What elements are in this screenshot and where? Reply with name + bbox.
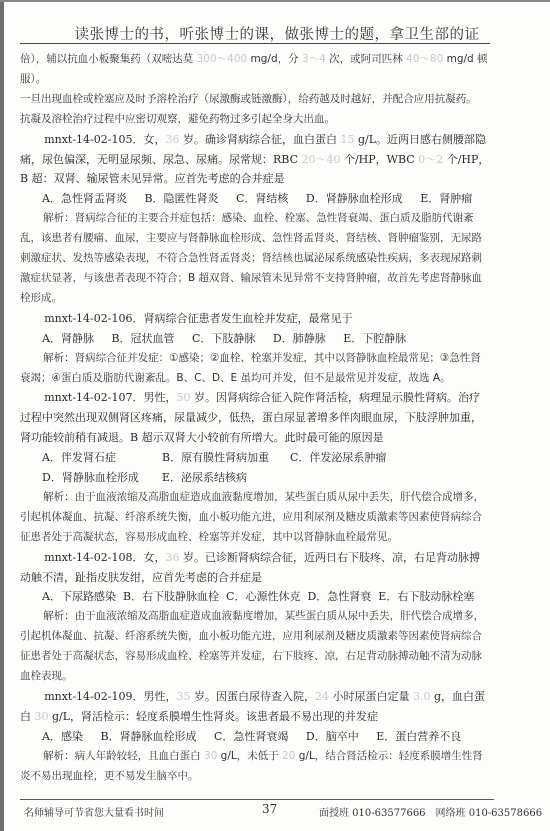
faint-number: 0～2 — [418, 153, 443, 166]
continuation-line-3: 抗凝及溶栓治疗过程中应密切观察，避免药物过多引起全身大出血。 — [20, 110, 490, 130]
text: mnxt-14-02-107．男性， — [44, 391, 176, 404]
question-stem-108: mnxt-14-02-108．女，36 岁。已诊断肾病综合征，近两日右下肢疼、凉… — [20, 548, 490, 588]
text: 岁。因蛋白尿待查入院， — [190, 690, 315, 703]
faint-number: 3～4 — [302, 53, 326, 65]
option-c: C．下肢静脉 — [192, 329, 255, 349]
question-options-106: A．肾静脉 B．冠状血管 C．下肢静脉 D．肺静脉 E．下腔静脉 — [20, 329, 490, 349]
text: g/L，未低于 — [217, 750, 282, 762]
option-a: A．肾静脉 — [42, 329, 94, 349]
question-options-105: A．急性肾盂肾炎 B．隐匿性肾炎 C．肾结核 D．肾静脉血栓形成 E．肾肿瘤 — [20, 189, 490, 209]
explanation-107: 解析：由于血液浓缩及高脂血症造成血液黏度增加，某些蛋白质从尿中丢失，肝代偿合成增… — [20, 488, 490, 548]
question-stem-106: mnxt-14-02-106．肾病综合征患者发生血栓并发症，最常见于 — [20, 309, 490, 329]
explanation-105: 解析：肾病综合征的主要合并症包括：感染、血栓、栓塞、急性肾衰竭、蛋白质及脂肪代谢… — [20, 209, 490, 309]
explanation-106: 解析：肾病综合征并发症：①感染；②血栓、栓塞并发症，其中以肾静脉血栓最常见；③急… — [20, 349, 490, 389]
faint-number: 30 — [35, 710, 49, 723]
faint-number: 3.0 — [413, 690, 431, 703]
question-stem-109: mnxt-14-02-109．男性，35 岁。因蛋白尿待查入院，24 小时尿蛋白… — [20, 687, 490, 727]
faint-number: 30 — [204, 750, 217, 762]
option-a: A．急性肾盂肾炎 — [42, 189, 127, 209]
text: mnxt-14-02-109．男性， — [44, 690, 176, 703]
option-a: A．伴发肾石症 — [42, 448, 162, 468]
question-options-108: A．下尿路感染 B．右下肢静脉血栓 C．心源性休克 D．急性肾衰 E．右下肢动脉… — [20, 587, 490, 607]
faint-number: 50 — [176, 391, 190, 404]
faint-number: 36 — [165, 551, 179, 564]
text: 个/HP，WBC — [340, 153, 418, 166]
text: 岁。确诊肾病综合征，血白蛋白 — [179, 133, 340, 146]
footer-contact: 面授班 010-63577666 网络班 010-63578666 — [319, 804, 542, 819]
text: 小时尿蛋白定量 — [329, 690, 413, 703]
option-c: C．伴发泌尿系肿瘤 — [290, 448, 386, 468]
option-b: B．冠状血管 — [111, 329, 174, 349]
option-e: E．右下肢动脉栓塞 — [378, 587, 474, 607]
question-options-107-row2: D．肾静脉血栓形成E．泌尿系结核病 — [20, 468, 490, 488]
explanation-109: 解析：病人年龄较轻，且血白蛋白 30 g/L，未低于 20 g/L，结合肾活检示… — [20, 747, 490, 787]
option-c: C．急性肾衰竭 — [214, 727, 288, 747]
footer-rule — [20, 799, 494, 800]
option-c: C．肾结核 — [236, 189, 288, 209]
faint-number: 35 — [176, 690, 190, 703]
text: 次，或阿司匹林 — [326, 53, 406, 65]
faint-number: 20 — [282, 750, 295, 762]
page-content: 倍），辅以抗血小板聚集药（双嘧达莫 300～400 mg/d，分 3～4 次，或… — [20, 50, 490, 787]
text: mnxt-14-02-105．女， — [44, 133, 165, 146]
explanation-108: 解析：由于血液浓缩及高脂血症造成血液黏度增加，某些蛋白质从尿中丢失，肝代偿合成增… — [20, 607, 490, 687]
option-c: C．心源性休克 — [226, 587, 300, 607]
option-a: A．下尿路感染 — [42, 587, 116, 607]
footer-slogan: 名师辅导可节省您大量看书时间 — [24, 804, 164, 819]
option-d: D．肾静脉血栓形成 — [42, 468, 162, 488]
option-b: B．隐匿性肾炎 — [144, 189, 218, 209]
question-stem-107: mnxt-14-02-107．男性，50 岁。因肾病综合征入院作肾活检，病理显示… — [20, 388, 490, 448]
running-header: 读张博士的书，听张博士的课，做张博士的题，拿卫生部的证 — [4, 23, 550, 44]
option-e: E．泌尿系结核病 — [162, 468, 247, 488]
book-page: 读张博士的书，听张博士的课，做张博士的题，拿卫生部的证 倍），辅以抗血小板聚集药… — [4, 2, 550, 831]
option-b: B．右下肢静脉血栓 — [123, 587, 219, 607]
text: mnxt-14-02-108．女， — [44, 551, 165, 564]
option-d: D．肾静脉血栓形成 — [306, 189, 403, 209]
text: 解析：病人年龄较轻，且血白蛋白 — [43, 750, 204, 762]
question-options-107-row1: A．伴发肾石症B．原有膜性肾病加重C．伴发泌尿系肿瘤 — [20, 448, 490, 468]
text: g/L，肾活检示：轻度系膜增生性肾炎。该患者最不易出现的并发症 — [49, 710, 379, 723]
option-b: B．肾静脉血栓形成 — [100, 727, 196, 747]
faint-number: 300～400 — [197, 53, 248, 65]
page-number: 37 — [262, 802, 277, 816]
faint-number: 15 — [340, 133, 354, 146]
text: mg/d，分 — [247, 53, 302, 65]
option-e: E．蛋白营养不良 — [376, 727, 461, 747]
continuation-line-1: 倍），辅以抗血小板聚集药（双嘧达莫 300～400 mg/d，分 3～4 次，或… — [20, 50, 490, 90]
question-options-109: A．感染 B．肾静脉血栓形成 C．急性肾衰竭 D．脑卒中 E．蛋白营养不良 — [20, 727, 490, 747]
option-d: D．肺静脉 — [273, 329, 326, 349]
header-rule — [20, 43, 490, 44]
text: 倍），辅以抗血小板聚集药（双嘧达莫 — [20, 53, 197, 65]
faint-number: 36 — [165, 133, 179, 146]
continuation-line-2: 一旦出现血栓或栓塞应及时予溶栓治疗（尿激酶或链激酶），给药越及时越好，并配合应用… — [20, 90, 490, 110]
option-d: D．急性肾衰 — [307, 587, 371, 607]
option-d: D．脑卒中 — [306, 727, 359, 747]
question-stem-105: mnxt-14-02-105．女，36 岁。确诊肾病综合征，血白蛋白 15 g/… — [20, 130, 490, 190]
faint-number: 20～40 — [301, 153, 340, 166]
faint-number: 24 — [315, 690, 329, 703]
option-b: B．原有膜性肾病加重 — [162, 448, 290, 468]
option-a: A．感染 — [42, 727, 83, 747]
option-e: E．肾肿瘤 — [420, 189, 472, 209]
option-e: E．下腔静脉 — [343, 329, 406, 349]
faint-number: 40～80 — [406, 53, 443, 65]
